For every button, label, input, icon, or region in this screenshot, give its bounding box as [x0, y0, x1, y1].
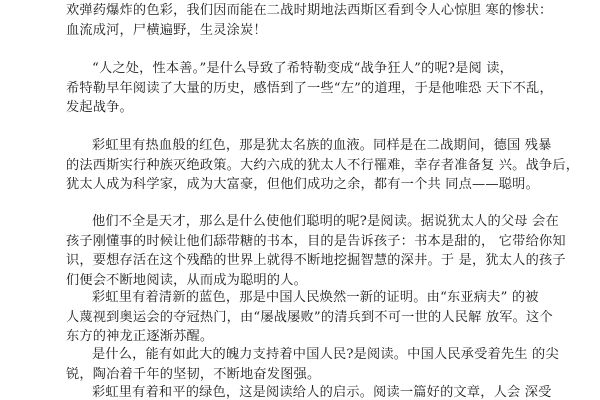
paragraph: 他们不全是天才，那么是什么使他们聪明的呢?是阅读。据说犹太人的父母 会在 孩子刚… — [66, 212, 566, 290]
text-line: 欢弹药爆炸的色彩，我们因而能在二战时期地法西斯区看到令人心惊胆 寒的惨状： — [66, 1, 552, 21]
text-line: 识，要想存活在这个残酷的世界上就得不断地挖掘智慧的深井。于 是，犹太人的孩子 — [66, 251, 566, 271]
text-line: 孩子刚懂事的时候让他们舔带糖的书本，目的是告诉孩子：书本是甜的， 它带给你知 — [66, 232, 566, 252]
text-line: 是什么，能有如此大的魄力支持着中国人民?是阅读。中国人民承受着先生 的尖 — [66, 345, 559, 365]
paragraph: 彩虹里有着和平的绿色，这是阅读给人的启示。阅读一篇好的文章，人会 深受 — [66, 383, 552, 400]
text-line: 锐，陶冶着千年的坚韧，不断地奋发图强。 — [66, 365, 559, 385]
text-line: “人之处，性本善。”是什么导致了希特勒变成“战争狂人”的呢?是阅 读， — [66, 59, 553, 79]
paragraph: “人之处，性本善。”是什么导致了希特勒变成“战争狂人”的呢?是阅 读， 希特勒早… — [66, 59, 553, 118]
text-line: 彩虹里有热血般的红色，那是犹太名族的血液。同样是在二战期间，德国 残暴 — [66, 136, 579, 156]
text-line: 希特勒早年阅读了大量的历史，感悟到了一些“左”的道理，于是他唯恐 天下不乱， — [66, 79, 553, 99]
text-line: 东方的神龙正逐渐苏醒。 — [66, 327, 553, 347]
text-line: 彩虹里有着清新的蓝色，那是中国人民焕然一新的证明。由“东亚病夫” 的被 — [66, 288, 553, 308]
text-line: 犹太人成为科学家，成为大富豪，但他们成功之余，都有一个共 同点——聪明。 — [66, 175, 579, 195]
paragraph: 彩虹里有热血般的红色，那是犹太名族的血液。同样是在二战期间，德国 残暴 的法西斯… — [66, 136, 579, 195]
paragraph: 是什么，能有如此大的魄力支持着中国人民?是阅读。中国人民承受着先生 的尖 锐，陶… — [66, 345, 559, 384]
text-line: 彩虹里有着和平的绿色，这是阅读给人的启示。阅读一篇好的文章，人会 深受 — [66, 383, 552, 400]
text-line: 的法西斯实行种族灭绝政策。大约六成的犹太人不行罹难，幸存者准备复 兴。战争后， — [66, 156, 579, 176]
paragraph: 彩虹里有着清新的蓝色，那是中国人民焕然一新的证明。由“东亚病夫” 的被 人蔑视到… — [66, 288, 553, 347]
text-line: 发起战争。 — [66, 98, 553, 118]
text-line: 人蔑视到奥运会的夺冠热门，由“屡战屡败”的清兵到不可一世的人民解 放军。这个 — [66, 308, 553, 328]
text-line: 血流成河，尸横遍野，生灵涂炭！ — [66, 21, 552, 41]
paragraph: 欢弹药爆炸的色彩，我们因而能在二战时期地法西斯区看到令人心惊胆 寒的惨状： 血流… — [66, 1, 552, 40]
text-line: 他们不全是天才，那么是什么使他们聪明的呢?是阅读。据说犹太人的父母 会在 — [66, 212, 566, 232]
